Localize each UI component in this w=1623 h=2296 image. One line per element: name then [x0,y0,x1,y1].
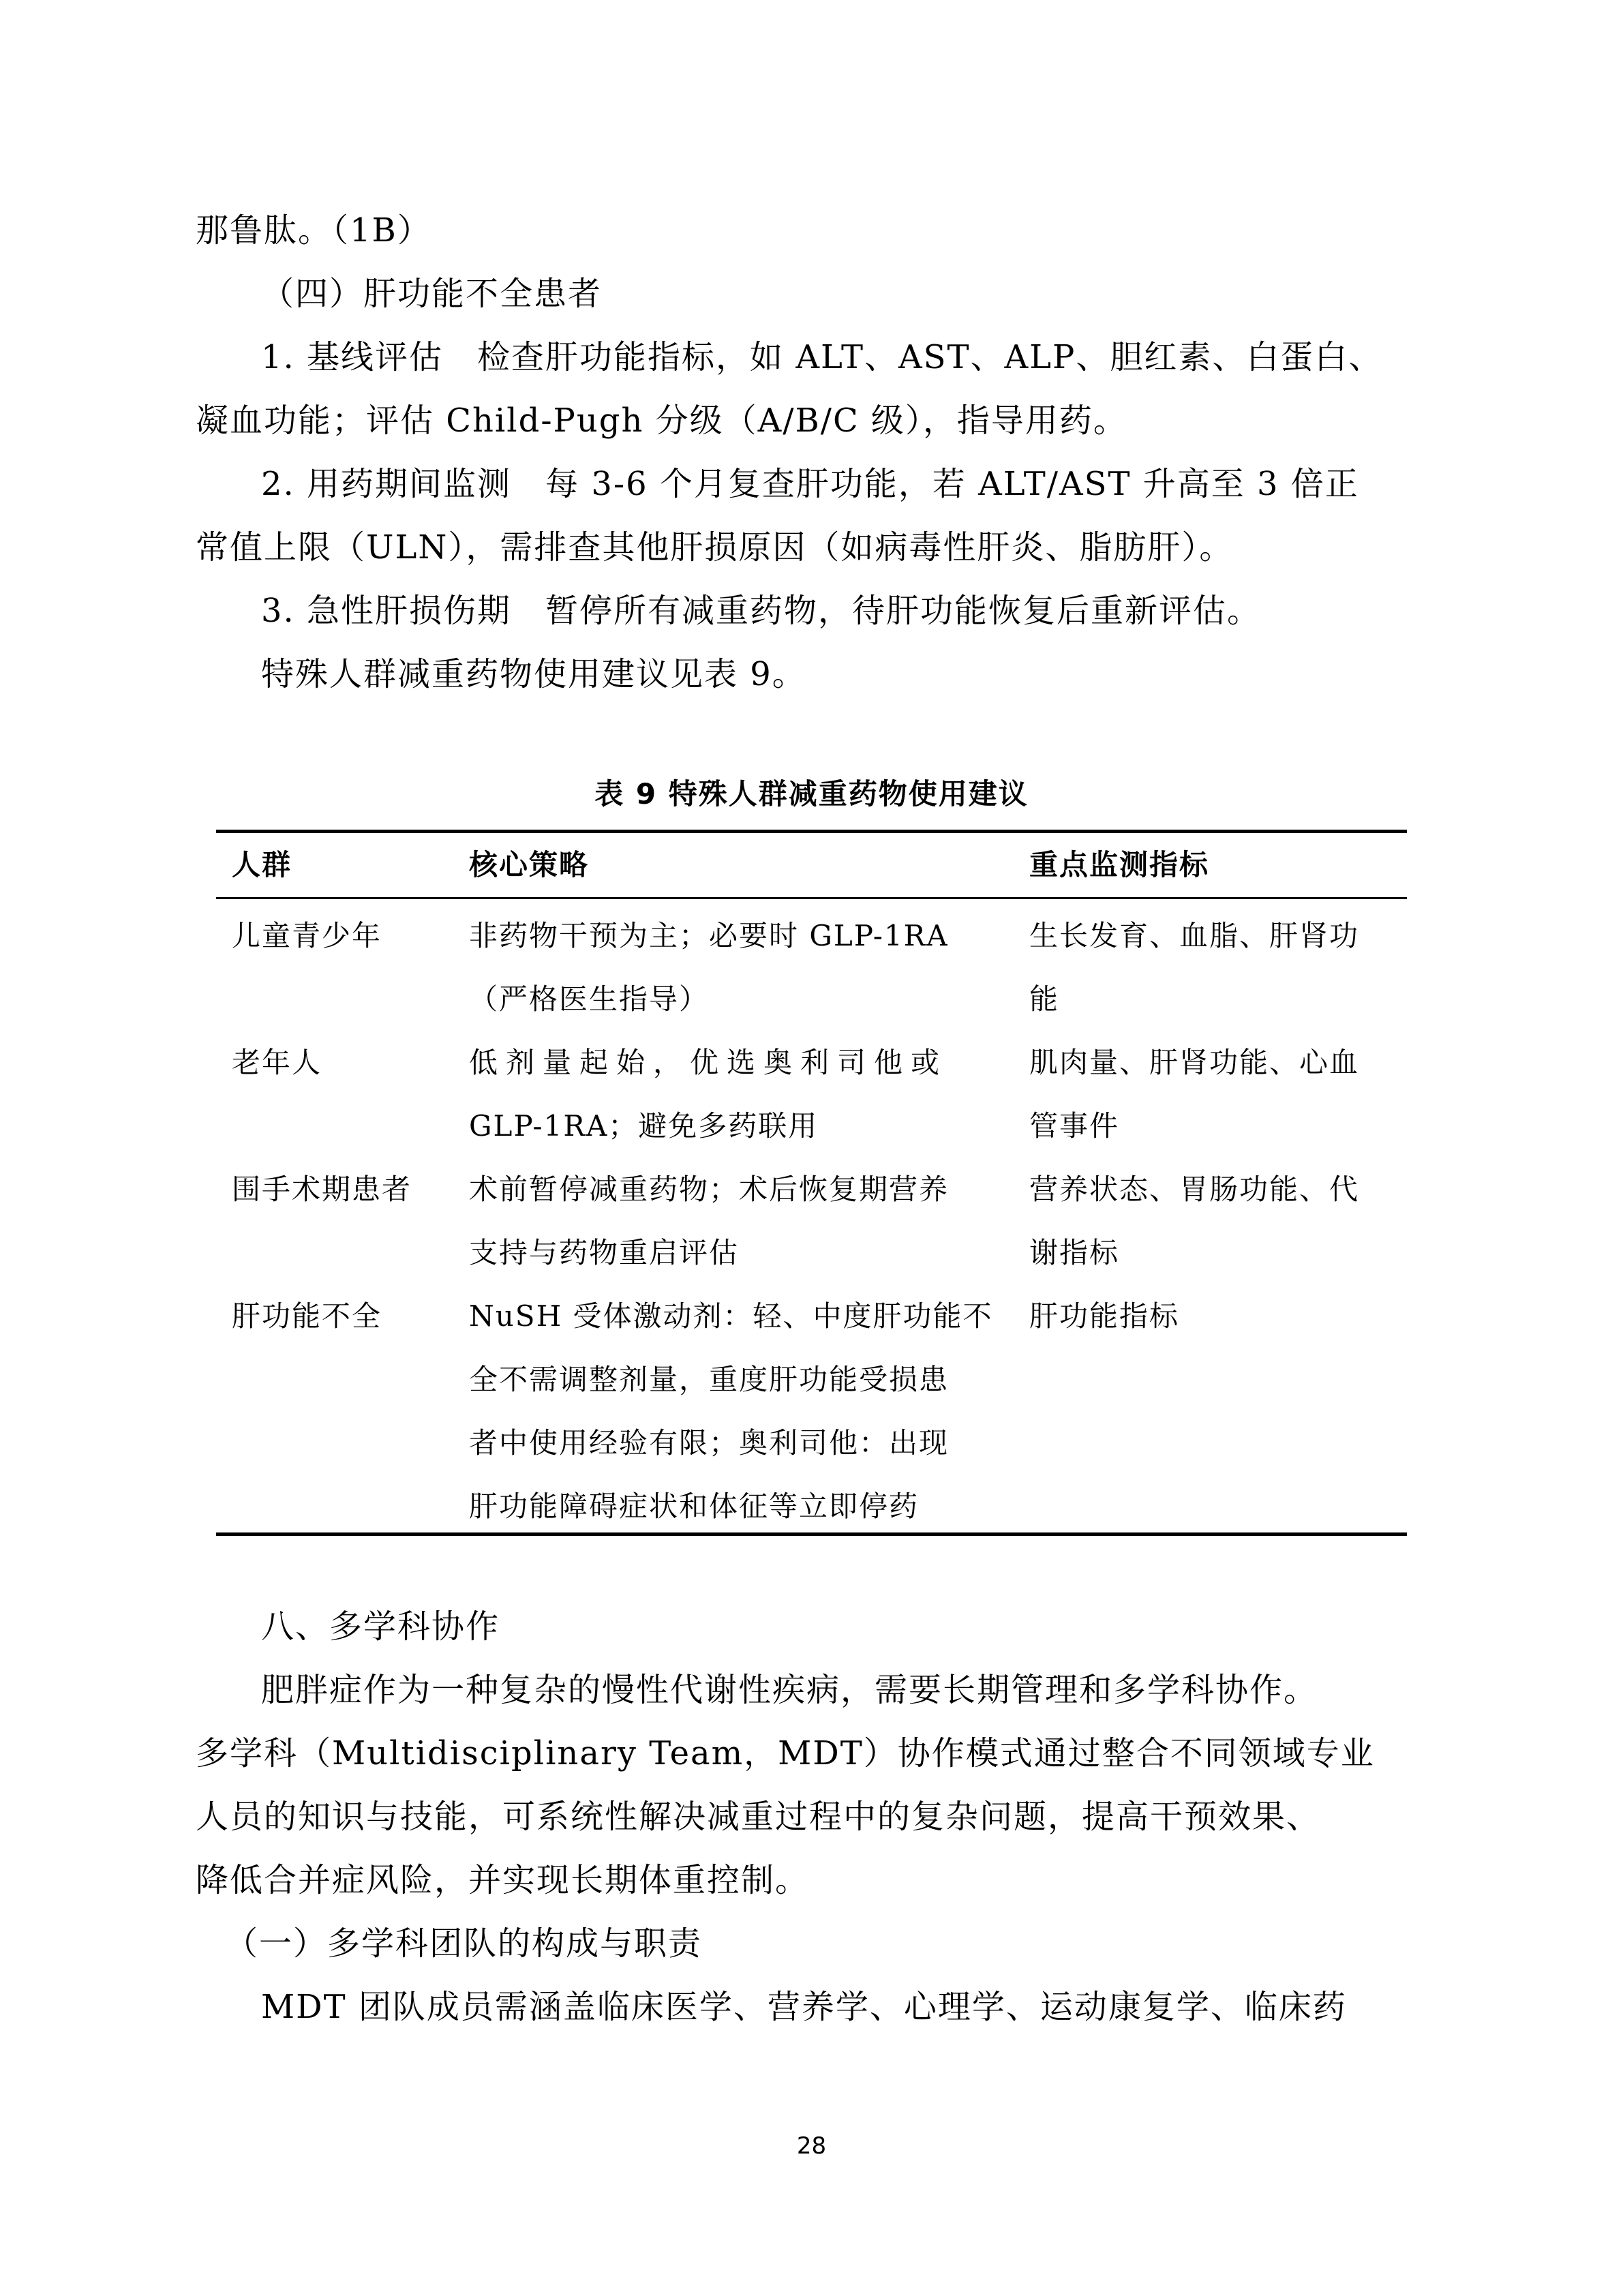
monitoring-line: 管事件 [1029,1094,1359,1158]
strategy-line: 者中使用经验有限；奥利司他：出现 [469,1411,993,1475]
row-group: 围手术期患者 [232,1158,412,1221]
monitoring-line: 生长发育、血脂、肝肾功 [1029,904,1359,967]
strategy-line: 非药物干预为主；必要时 GLP-1RA [469,904,949,967]
monitoring-line: 肝功能指标 [1029,1284,1179,1348]
item-1-line-1: 1. 基线评估 检查肝功能指标，如 ALT、AST、ALP、胆红素、白蛋白、 [261,338,1427,376]
monitoring-line: 能 [1029,967,1359,1031]
row-group: 肝功能不全 [232,1284,382,1348]
row-strategy: 非药物干预为主；必要时 GLP-1RA （严格医生指导） [469,904,949,1031]
subsection-heading-team: （一）多学科团队的构成与职责 [225,1924,702,1963]
strategy-line: GLP-1RA；避免多药联用 [469,1094,947,1158]
header-monitoring: 重点监测指标 [1029,833,1209,896]
team-paragraph-line-1: MDT 团队成员需涵盖临床医学、营养学、心理学、运动康复学、临床药 [261,1988,1347,2026]
item-3-line-1: 3. 急性肝损伤期 暂停所有减重药物，待肝功能恢复后重新评估。 [261,592,1261,630]
row-strategy: 低剂量起始，优选奥利司他或 GLP-1RA；避免多药联用 [469,1031,947,1158]
header-group: 人群 [232,833,292,896]
monitoring-line: 肌肉量、肝肾功能、心血 [1029,1031,1359,1094]
strategy-line: 支持与药物重启评估 [469,1221,949,1284]
strategy-line: 肝功能障碍症状和体征等立即停药 [469,1475,993,1538]
item-2-line-2: 常值上限（ULN），需排查其他肝损原因（如病毒性肝炎、脂肪肝）。 [196,528,1233,567]
row-monitoring: 肌肉量、肝肾功能、心血 管事件 [1029,1031,1359,1158]
mdt-paragraph-line-3: 人员的知识与技能，可系统性解决减重过程中的复杂问题，提高干预效果、 [196,1798,1320,1836]
table-caption: 表 9 特殊人群减重药物使用建议 [0,772,1623,813]
table-header-rule [216,897,1407,899]
strategy-line: 全不需调整剂量，重度肝功能受损患 [469,1348,993,1411]
strategy-line: （严格医生指导） [469,967,949,1031]
strategy-line: 术前暂停减重药物；术后恢复期营养 [469,1158,949,1221]
item-2-line-1: 2. 用药期间监测 每 3-6 个月复查肝功能，若 ALT/AST 升高至 3 … [261,465,1359,503]
strategy-line: 低剂量起始，优选奥利司他或 [469,1031,947,1094]
mdt-paragraph-line-1: 肥胖症作为一种复杂的慢性代谢性疾病，需要长期管理和多学科协作。 [261,1671,1318,1709]
strategy-line: NuSH 受体激动剂：轻、中度肝功能不 [469,1284,993,1348]
monitoring-line: 谢指标 [1029,1221,1359,1284]
row-strategy: NuSH 受体激动剂：轻、中度肝功能不 全不需调整剂量，重度肝功能受损患 者中使… [469,1284,993,1538]
paragraph-continuation: 那鲁肽。（1B） [196,211,431,250]
table-top-rule [216,830,1407,833]
row-monitoring: 肝功能指标 [1029,1284,1179,1348]
row-group: 儿童青少年 [232,904,382,967]
mdt-paragraph-line-2: 多学科（Multidisciplinary Team，MDT）协作模式通过整合不… [196,1734,1375,1772]
row-monitoring: 营养状态、胃肠功能、代 谢指标 [1029,1158,1359,1284]
row-group: 老年人 [232,1031,322,1094]
page-number: 28 [0,2132,1623,2160]
row-monitoring: 生长发育、血脂、肝肾功 能 [1029,904,1359,1031]
header-strategy: 核心策略 [469,833,589,896]
section-heading-mdt: 八、多学科协作 [261,1607,500,1646]
section-heading-liver: （四）肝功能不全患者 [261,275,602,313]
monitoring-line: 营养状态、胃肠功能、代 [1029,1158,1359,1221]
table-reference: 特殊人群减重药物使用建议见表 9。 [261,655,806,693]
mdt-paragraph-line-4: 降低合并症风险，并实现长期体重控制。 [196,1861,809,1899]
item-1-line-2: 凝血功能；评估 Child-Pugh 分级（A/B/C 级），指导用药。 [196,402,1127,440]
row-strategy: 术前暂停减重药物；术后恢复期营养 支持与药物重启评估 [469,1158,949,1284]
